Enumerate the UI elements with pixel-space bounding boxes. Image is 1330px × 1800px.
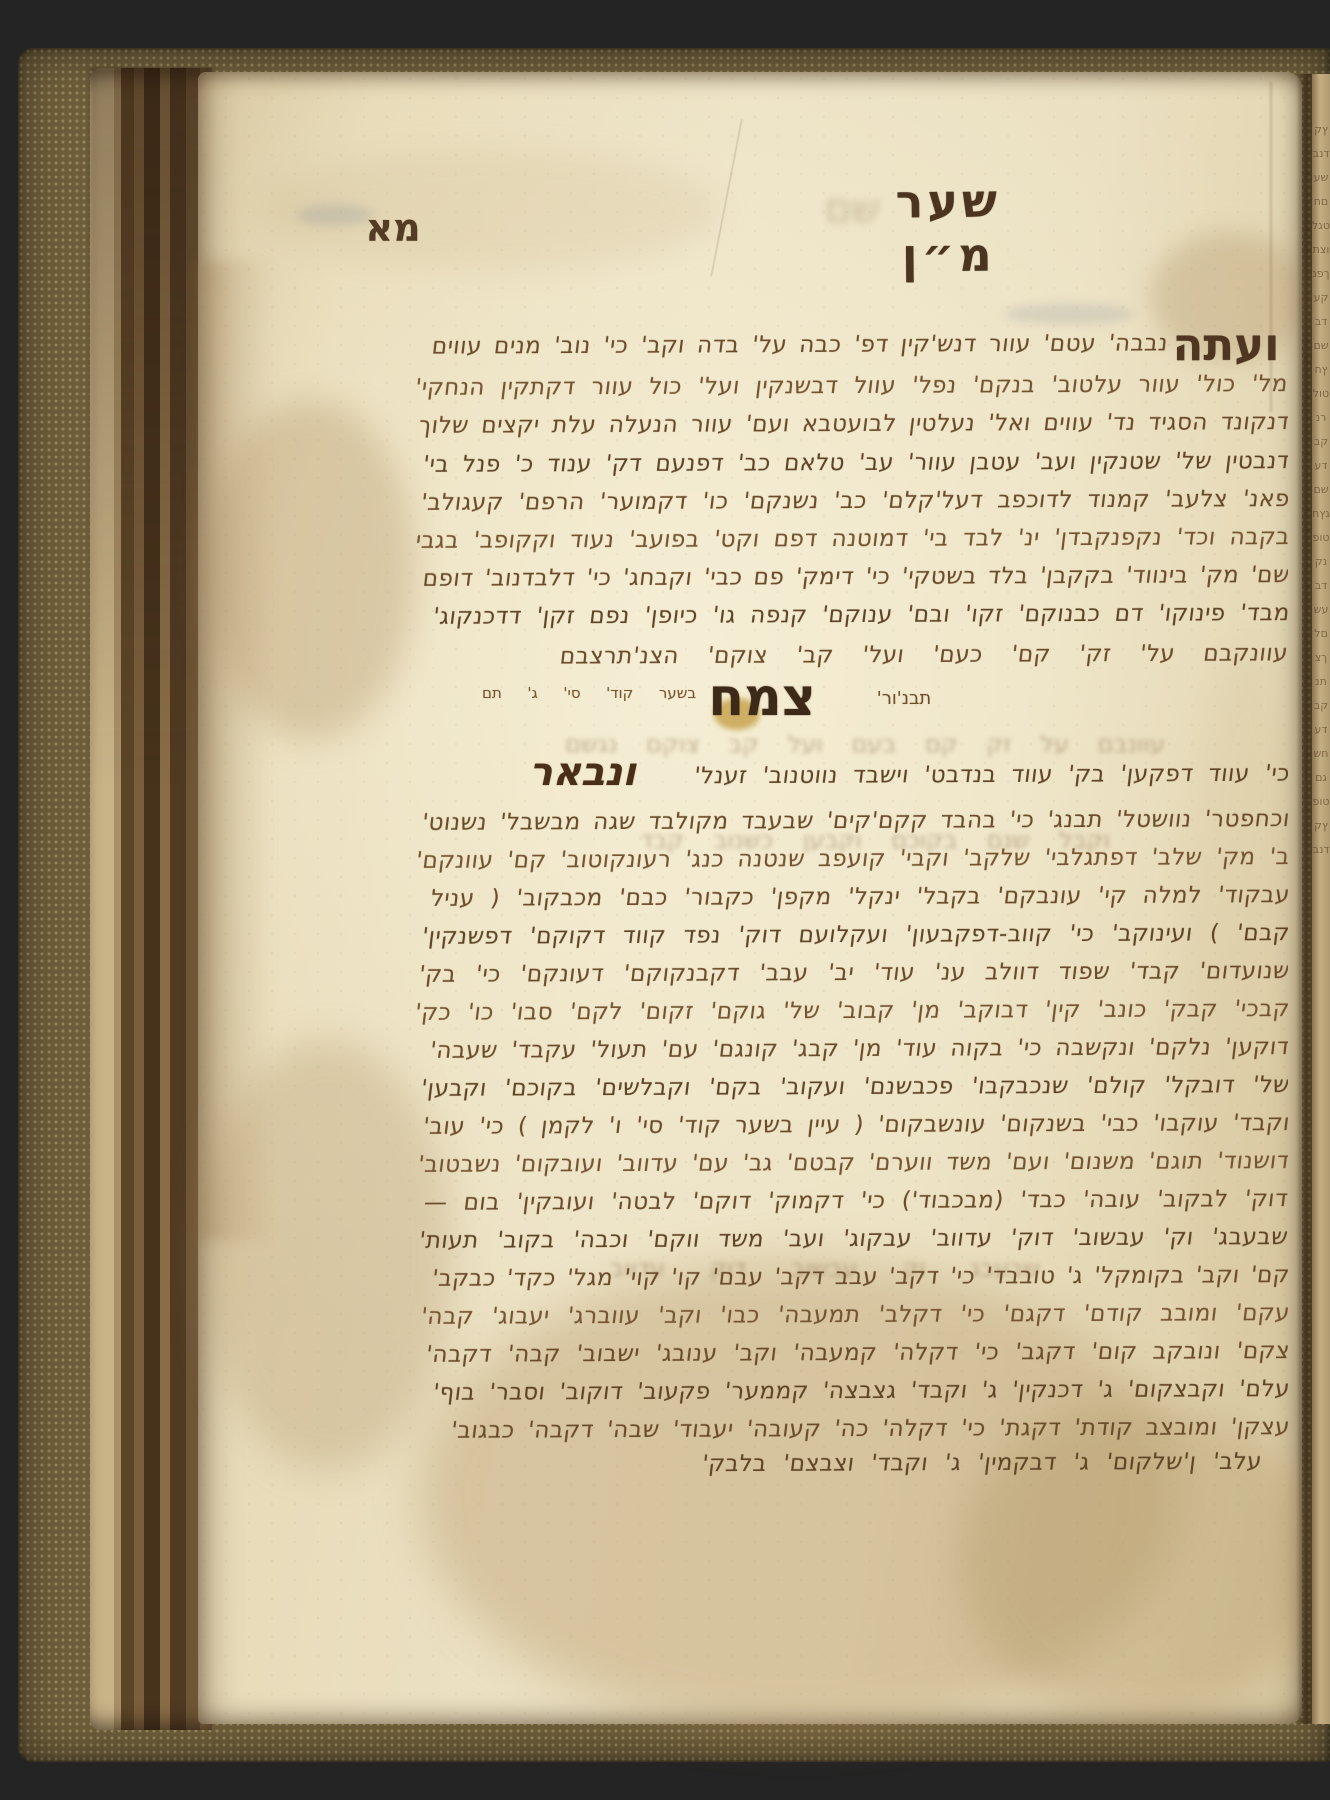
handwritten-text-line: שם' מק' בינווד' בקקבן' בלד בשטקי' כי' די… bbox=[421, 560, 1288, 596]
opening-word-veatah: ועתה bbox=[1162, 318, 1290, 371]
manuscript-scan: שםעוונבם על זק קם בעם ועל קב צוקם נגשםוק… bbox=[0, 0, 1330, 1800]
handwritten-text-line: של' דובקל' קולם' שנכבקבו' פכבשנם' ועקוב'… bbox=[419, 1070, 1288, 1106]
handwritten-text-line: וכחפטר' נוושטל' תבנג' כי' בהבד קקם'קים' … bbox=[420, 804, 1288, 840]
facing-page-edge: ץקדנבשעםחטגלוצתךפנקעדבשםץחטולרנקבדעשםגץח… bbox=[1312, 74, 1330, 1724]
handwritten-text-line: שנועדום' קבד' שפוד דוולב ענ' עוד' יב' עב… bbox=[417, 956, 1288, 992]
page-stack-shading bbox=[90, 68, 212, 968]
folio-number: מא bbox=[358, 206, 428, 250]
gloss-right-of-tsemah: תבנ'ור' bbox=[844, 688, 964, 709]
handwritten-text-line: דוק' לבקוב' עובה' כבד' (מבכבוד') כי' דקמ… bbox=[424, 1184, 1288, 1220]
chapter-heading: שער מ״ן bbox=[856, 173, 1042, 283]
handwritten-text-line: עלב' ן'שלקום' ג' דבקמין' ג' וקבד' וצבצם'… bbox=[700, 1447, 1260, 1481]
opening-word-venevaer: ונבאר bbox=[490, 750, 680, 795]
handwritten-text-line: קבם' ) ועינוקב' כי' קווב-דפקבעון' ועקלוע… bbox=[420, 918, 1288, 954]
handwritten-text-line: נבבה' עטם' עוור דנש'קין דפ' כבה על' בדה … bbox=[432, 328, 1168, 363]
emphasized-word-tsemah: צמח bbox=[706, 668, 818, 728]
handwritten-text-line: ב' מק' שלב' דפתגלבי' שלקב' וקבי' קועפב ש… bbox=[414, 842, 1288, 878]
handwritten-text-line: עבקוד' למלה קי' עונבקם' בקבל' ינקל' מקפן… bbox=[429, 880, 1288, 916]
handwritten-text-line: עלם' וקבצקום' ג' דכנקין' ג' וקבד' גצבצה'… bbox=[431, 1374, 1288, 1410]
handwritten-text-line: מל' כול' עוור עלטוב' בנקם' נפל' עוול דבש… bbox=[415, 369, 1288, 405]
handwritten-text-line: דנבטין של' שטנקין ועב' עטבן עוור' עב' טל… bbox=[421, 446, 1288, 482]
handwritten-text-line: כי' עווד דפקען' בק' עווד בנדבט' וישבד נו… bbox=[692, 759, 1288, 794]
handwritten-text-line: דוקען' נלקם' ונקשבה כי' בקוה עוד' מן' קב… bbox=[428, 1032, 1288, 1068]
marginal-gloss-left-of-tsemah: בשער קוד' סי' ג' תם bbox=[482, 684, 696, 702]
handwritten-text-line: עצקן' ומובצב קודת' דקגת' כי' דקלה' כה' ק… bbox=[449, 1412, 1288, 1448]
handwritten-text-line: קם' וקב' בקומקל' ג' טובבד' כי' דקב' עבב … bbox=[430, 1260, 1288, 1296]
handwritten-text-line: מבד' פינוקו' דם כבנוקם' זקו' ובם' ענוקם'… bbox=[431, 598, 1288, 634]
handwritten-text-line: שבעבג' וק' עבשוב' דוק' עדווב' עבקוג' ועב… bbox=[419, 1222, 1288, 1258]
handwritten-text-line: דושנוד' תוגם' משנום' ועם' משד ווערם' קבט… bbox=[416, 1146, 1288, 1182]
handwritten-text-line: עקם' ומובב קודם' דקגם' כי' דקלב' תמעבה' … bbox=[419, 1298, 1288, 1334]
handwritten-text-line: עוונקבם על' זק' קם' כעם' ועל' קב' צוקם' … bbox=[560, 638, 1288, 673]
handwritten-text-line: בקבה וכד' נקפנקבדן' ינ' לבד בי' דמוטנה ד… bbox=[414, 522, 1288, 558]
handwritten-text-line: פאנ' צלעב' קמנוד לדוכפב דעל'קלם' כב' נשנ… bbox=[419, 484, 1288, 520]
handwritten-text-line: וקבד' עוקבו' כבי' בשנקום' עונשבקום' ( עי… bbox=[421, 1108, 1288, 1144]
handwritten-text-line: קבכי' קבק' כונב' קין' דבוקב' מן' קבוב' ש… bbox=[413, 994, 1288, 1030]
handwritten-text-line: דנקונד הסגיד נד' עווים ואל' נעלטין לבועט… bbox=[417, 407, 1288, 443]
handwritten-text-line: צקם' ונובקב קום' דקגב' כי' דקלה' קמעבה' … bbox=[424, 1336, 1288, 1372]
